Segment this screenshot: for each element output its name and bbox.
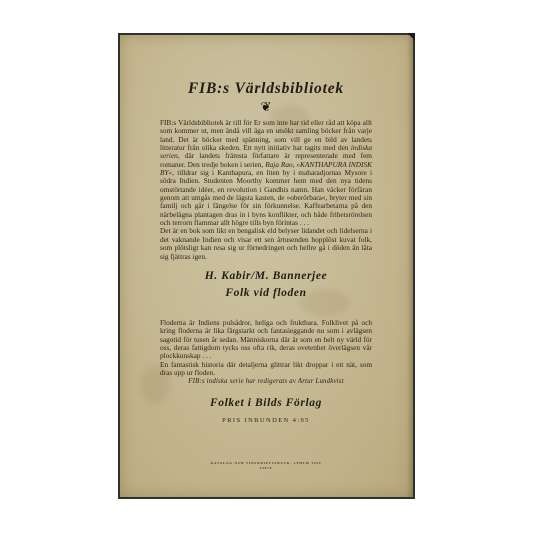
- series-description: FIB:s Världsbibliotek är till för Er som…: [160, 119, 372, 261]
- print-number: 55878: [160, 466, 372, 470]
- book-paragraph-2: En fantastisk historia där detaljerna gl…: [160, 361, 372, 378]
- book-paragraph-1: Floderna är Indiens pulsådror, heliga oc…: [160, 319, 372, 361]
- torn-corner: [407, 33, 415, 41]
- floral-ornament-icon: ❦: [160, 99, 372, 115]
- book-description: Floderna är Indiens pulsådror, heliga oc…: [160, 319, 372, 377]
- book-back-cover: FIB:s Världsbibliotek ❦ FIB:s Världsbibl…: [118, 33, 415, 499]
- book-author: H. Kabir/M. Bannerjee: [160, 270, 372, 282]
- editor-note: FIB:s indiska serie har redigerats av Ar…: [160, 378, 372, 385]
- price-label: PRIS INBUNDEN 4:95: [160, 417, 372, 424]
- series-title: FIB:s Världsbibliotek: [160, 80, 372, 98]
- printer-imprint: KATALOG OCH TIDSKRIFTSTRYCK, STHLM 1955: [160, 461, 372, 465]
- series-paragraph-1: FIB:s Världsbibliotek är till för Er som…: [160, 119, 372, 227]
- publisher-name: Folket i Bilds Förlag: [160, 397, 372, 409]
- series-paragraph-2: Det är en bok som likt en bengalisk eld …: [160, 227, 372, 260]
- book-title: Folk vid floden: [160, 287, 372, 299]
